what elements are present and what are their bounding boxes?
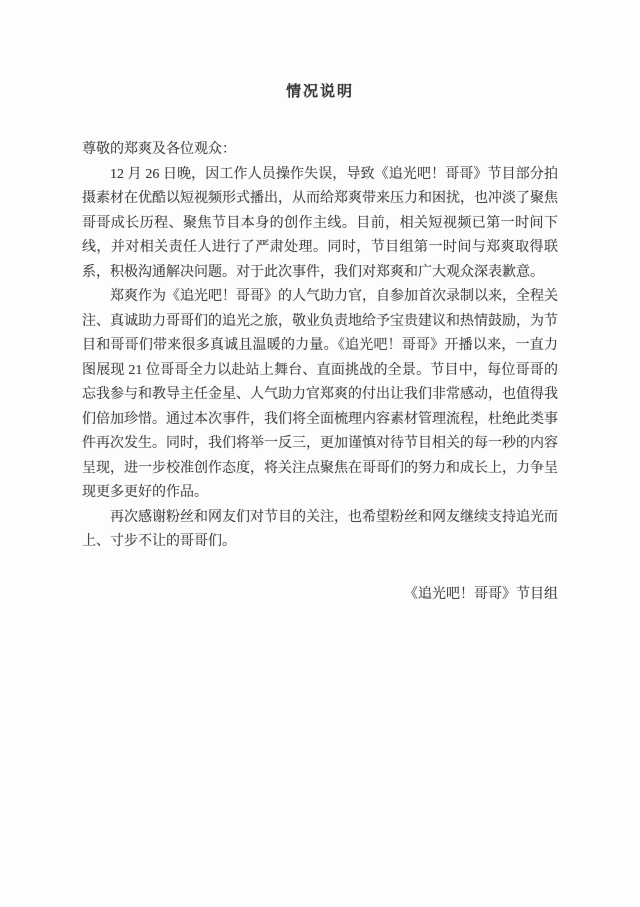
signature-program-team: 《追光吧！哥哥》节目组 [82,583,558,608]
statement-body: 尊敬的郑爽及各位观众： 12 月 26 日晚，因工作人员操作失误，导致《追光吧！… [82,138,558,607]
statement-title: 情况说明 [0,80,640,101]
statement-document: 情况说明 尊敬的郑爽及各位观众： 12 月 26 日晚，因工作人员操作失误，导致… [0,0,640,907]
salutation-line: 尊敬的郑爽及各位观众： [82,138,558,163]
paragraph-appreciation-measures: 郑爽作为《追光吧！哥哥》的人气助力官，自参加首次录制以来，全程关注、真诚助力哥哥… [82,285,558,506]
paragraph-thanks: 再次感谢粉丝和网友们对节目的关注，也希望粉丝和网友继续支持追光而上、寸步不让的哥… [82,506,558,555]
paragraph-incident: 12 月 26 日晚，因工作人员操作失误，导致《追光吧！哥哥》节目部分拍摄素材在… [82,163,558,286]
